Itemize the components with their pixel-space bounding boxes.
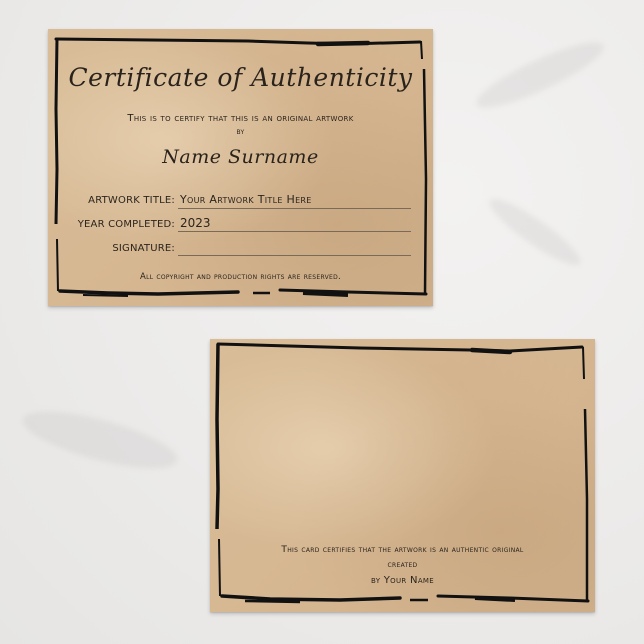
signature-line[interactable]	[178, 255, 411, 256]
year-completed-value[interactable]: 2023	[180, 216, 211, 230]
marble-texture	[470, 32, 610, 118]
by-text: by	[48, 127, 433, 137]
brush-frame	[210, 339, 595, 612]
year-completed-line	[178, 231, 411, 232]
artwork-title-line	[178, 208, 411, 209]
back-created-text: created	[210, 560, 595, 570]
artist-name: Name Surname	[48, 146, 433, 168]
artwork-title-label: Artwork title:	[50, 195, 175, 206]
back-certify-text: This card certifies that the artwork is …	[210, 545, 595, 555]
marble-texture	[483, 191, 587, 274]
year-completed-label: Year completed:	[50, 219, 175, 230]
marble-texture	[18, 400, 183, 480]
back-artist-name: by Your Name	[210, 575, 595, 586]
artwork-title-value[interactable]: Your Artwork Title Here	[180, 193, 312, 206]
signature-label: Signature:	[50, 243, 175, 254]
certificate-front-card: Certificate of Authenticity This is to c…	[48, 29, 433, 306]
certificate-back-card: This card certifies that the artwork is …	[210, 339, 595, 612]
certificate-title: Certificate of Authenticity	[48, 63, 433, 92]
rights-notice: All copyright and production rights are …	[48, 272, 433, 282]
certify-intro-text: This is to certify that this is an origi…	[48, 113, 433, 124]
